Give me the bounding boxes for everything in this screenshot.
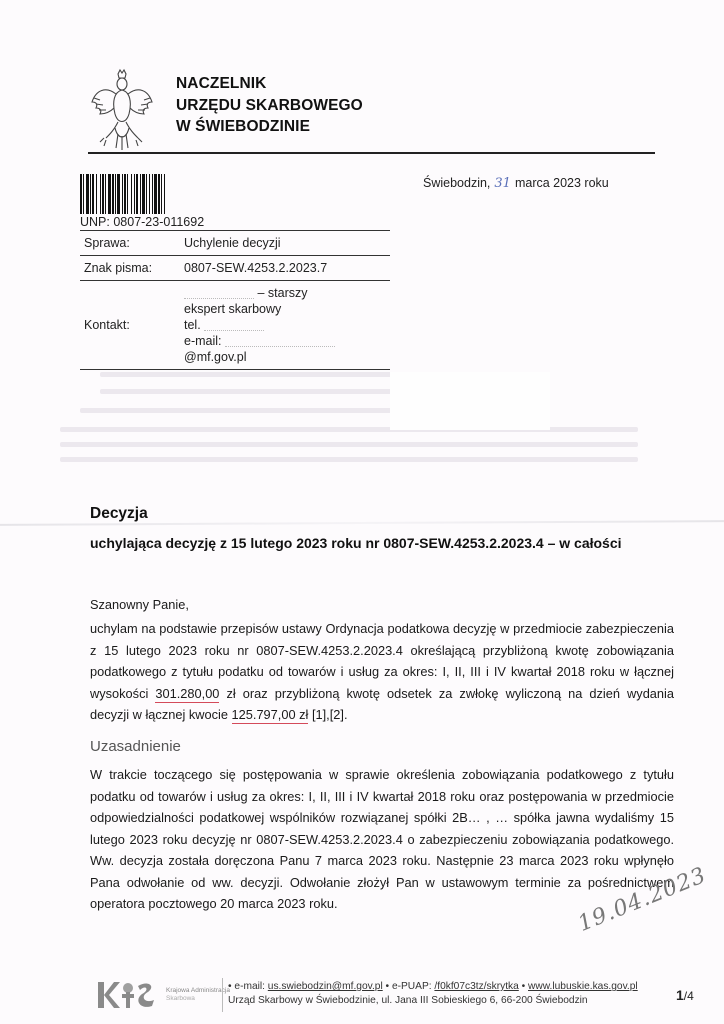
footer-contact: • e-mail: us.swiebodzin@mf.gov.pl • e-PU… bbox=[228, 980, 638, 1008]
case-value: 0807-SEW.4253.2.2023.7 bbox=[180, 256, 390, 281]
footer-address: Urząd Skarbowy w Świebodzinie, ul. Jana … bbox=[228, 994, 638, 1008]
barcode bbox=[80, 174, 270, 214]
case-info-table: Sprawa: Uchylenie decyzji Znak pisma: 08… bbox=[80, 230, 390, 370]
contact-position: ekspert skarbowy bbox=[184, 301, 390, 317]
case-row-subject: Sprawa: Uchylenie decyzji bbox=[80, 231, 390, 256]
case-label: Znak pisma: bbox=[80, 256, 180, 281]
document-date: Świebodzin,31marca 2023 roku bbox=[423, 176, 609, 191]
tax-amount: 301.280,00 bbox=[155, 686, 219, 703]
justification-heading: Uzasadnienie bbox=[90, 738, 181, 755]
case-value: Uchylenie decyzji bbox=[180, 231, 390, 256]
footer-website-link[interactable]: www.lubuskie.kas.gov.pl bbox=[528, 981, 638, 992]
contact-email[interactable]: e-mail: @mf.gov.pl bbox=[184, 333, 390, 365]
contact-details: – starszy ekspert skarbowy tel. e-mail: … bbox=[180, 281, 390, 370]
redacted-name bbox=[184, 288, 254, 299]
kas-logo-icon bbox=[96, 978, 166, 1012]
contact-name-title: – starszy bbox=[184, 285, 390, 301]
case-row-reference: Znak pisma: 0807-SEW.4253.2.2023.7 bbox=[80, 256, 390, 281]
case-label: Kontakt: bbox=[80, 281, 180, 370]
date-place: Świebodzin, bbox=[423, 176, 490, 190]
page-number: 1/4 bbox=[676, 987, 694, 1003]
decision-subtitle: uchylająca decyzję z 15 lutego 2023 roku… bbox=[90, 531, 630, 555]
case-row-contact: Kontakt: – starszy ekspert skarbowy tel.… bbox=[80, 281, 390, 370]
footer-links-line: • e-mail: us.swiebodzin@mf.gov.pl • e-PU… bbox=[228, 980, 638, 994]
contact-phone: tel. bbox=[184, 317, 390, 333]
header-divider bbox=[88, 152, 655, 154]
footer-email-link[interactable]: us.swiebodzin@mf.gov.pl bbox=[268, 981, 383, 992]
justification-paragraph: W trakcie toczącego się postępowania w s… bbox=[90, 764, 674, 915]
issuing-office-name: NACZELNIK URZĘDU SKARBOWEGO W ŚWIEBODZIN… bbox=[176, 73, 363, 138]
date-day-handwritten: 31 bbox=[494, 176, 511, 191]
polish-eagle-emblem-icon bbox=[88, 68, 156, 156]
redacted-phone bbox=[204, 320, 264, 331]
case-label: Sprawa: bbox=[80, 231, 180, 256]
unp-number: UNP: 0807-23-011692 bbox=[80, 215, 204, 229]
office-line: URZĘDU SKARBOWEGO bbox=[176, 95, 363, 117]
decision-operative-paragraph: uchylam na podstawie przepisów ustawy Or… bbox=[90, 618, 674, 726]
date-rest: marca 2023 roku bbox=[515, 176, 609, 190]
bleed-through-ghost-text bbox=[60, 372, 650, 472]
redacted-email bbox=[225, 336, 335, 347]
footer-divider bbox=[222, 978, 223, 1012]
salutation: Szanowny Panie, bbox=[90, 594, 189, 616]
footer-epuap-link[interactable]: /f0kf07c3tz/skrytka bbox=[434, 981, 518, 992]
office-line: W ŚWIEBODZINIE bbox=[176, 116, 363, 138]
kas-logo-text: Krajowa Administracja Skarbowa bbox=[166, 987, 230, 1003]
office-line: NACZELNIK bbox=[176, 73, 363, 95]
decision-title: Decyzja bbox=[90, 505, 148, 523]
interest-amount: 125.797,00 zł bbox=[232, 707, 309, 724]
redaction-patch bbox=[390, 372, 550, 430]
